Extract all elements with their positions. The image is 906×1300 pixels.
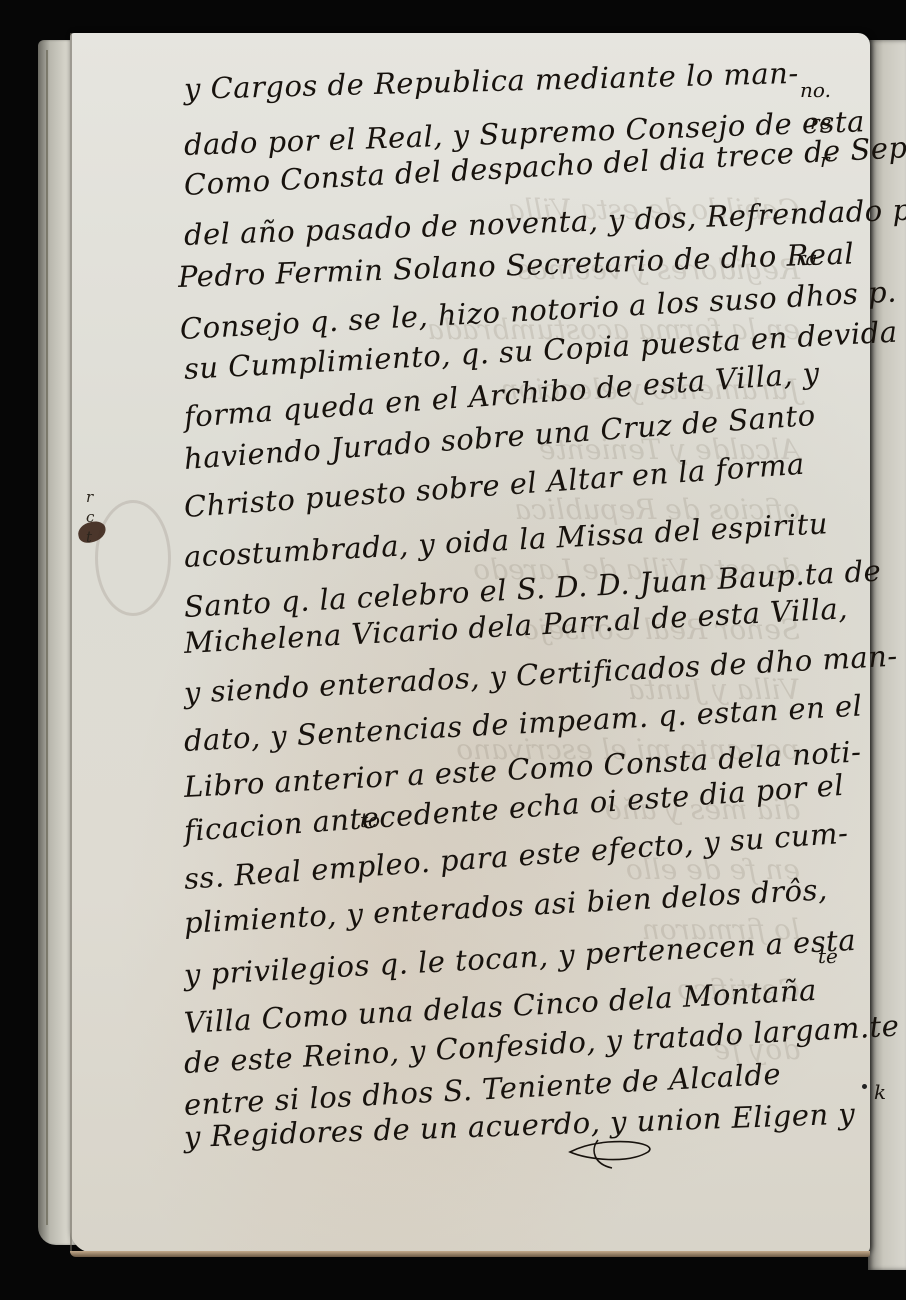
manuscript-photo: k Cabildo de esta Villa Regidores y veci… <box>0 0 906 1300</box>
text-line: y Cargos de Republica mediante lo man- <box>184 56 800 106</box>
handwritten-text-block: y Cargos de Republica mediante lo man- d… <box>0 0 906 1300</box>
superscript: re <box>810 110 831 134</box>
ink-dot <box>862 1084 867 1089</box>
superscript: ra <box>796 246 817 270</box>
rubric-flourish-icon <box>568 1138 658 1170</box>
superscript: no. <box>800 78 831 102</box>
superscript: to <box>360 808 380 832</box>
superscript: te <box>818 944 838 968</box>
superscript: r <box>820 148 830 172</box>
